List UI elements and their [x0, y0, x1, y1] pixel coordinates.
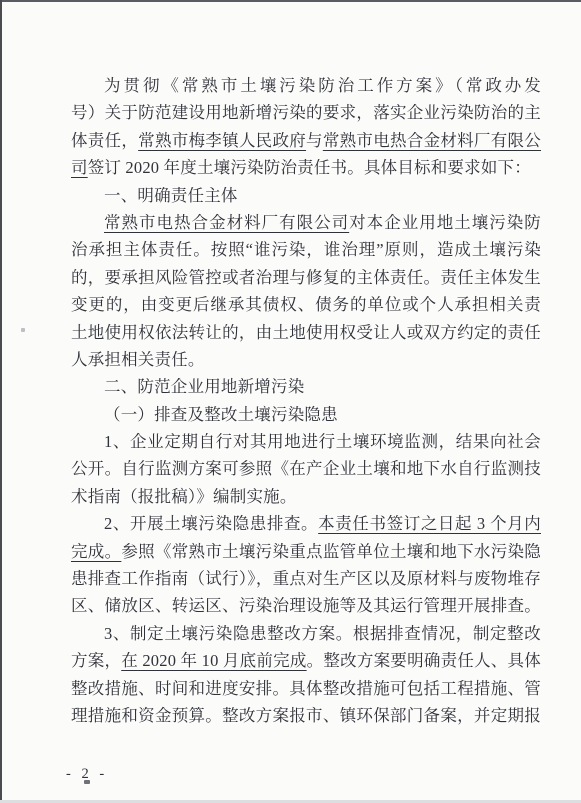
text-segment: 号）关于防范建设用地新增污染的要求，落实企业污染防治的主 — [71, 103, 541, 122]
text-segment: 治承担主体责任。按照“谁污染，谁治理”原则，造成土壤污染 — [71, 240, 541, 259]
text-segment: 签订 2020 年度土壤污染防治责任书。具体目标和要求如下： — [88, 158, 531, 177]
text-line: 公开。自行监测方案可参照《在产企业土壤和地下水自行监测技 — [71, 455, 541, 482]
underlined-text: 完成。 — [71, 542, 121, 561]
text-segment: 对本企业用地土壤污染防 — [349, 213, 541, 232]
text-line: 司签订 2020 年度土壤污染防治责任书。具体目标和要求如下： — [71, 154, 541, 181]
text-segment: 2、开展土壤污染隐患排查。 — [104, 514, 318, 533]
text-line: 体责任，常熟市梅李镇人民政府与常熟市电热合金材料厂有限公 — [71, 127, 541, 154]
scan-edge-left — [0, 0, 2, 803]
underlined-text: 常熟市电热合金材料厂有限公司 — [104, 213, 349, 232]
text-line: 治承担主体责任。按照“谁污染，谁治理”原则，造成土壤污染 — [71, 236, 541, 263]
text-segment: 人承担相关责任。 — [71, 350, 205, 369]
text-line: 完成。参照《常熟市土壤污染重点监管单位土壤和地下水污染隐 — [71, 538, 541, 565]
text-line: 常熟市电热合金材料厂有限公司对本企业用地土壤污染防 — [71, 209, 541, 236]
underlined-text: 司 — [71, 158, 88, 177]
scan-speck — [21, 328, 25, 332]
scanned-page: 为贯彻《常熟市土壤污染防治工作方案》（常政办发[2017]67号）关于防范建设用… — [0, 0, 581, 803]
text-segment: 变更的，由变更后继承其债权、债务的单位或个人承担相关责任； — [71, 295, 541, 318]
text-line: 理措施和资金预算。整改方案报市、镇环保部门备案，并定期报 — [71, 702, 541, 729]
underlined-text: 常熟市电热合金材料厂有限公 — [323, 131, 541, 150]
text-segment: 1、企业定期自行对其用地进行土壤环境监测，结果向社会 — [104, 432, 541, 451]
document-body: 为贯彻《常熟市土壤污染防治工作方案》（常政办发[2017]67号）关于防范建设用… — [71, 72, 541, 729]
text-line: 2、开展土壤污染隐患排查。本责任书签订之日起 3 个月内 — [71, 510, 541, 537]
text-line: 整改措施、时间和进度安排。具体整改措施可包括工程措施、管 — [71, 675, 541, 702]
text-segment: 公开。自行监测方案可参照《在产企业土壤和地下水自行监测技 — [71, 459, 541, 478]
text-segment: 方案， — [71, 651, 121, 670]
text-segment: 土地使用权依法转让的，由土地使用权受让人或双方约定的责任 — [71, 323, 541, 342]
text-line: 土地使用权依法转让的，由土地使用权受让人或双方约定的责任 — [71, 319, 541, 346]
text-line: 一、明确责任主体 — [71, 182, 541, 209]
text-segment: （一）排查及整改土壤污染隐患 — [104, 405, 338, 424]
text-line: 患排查工作指南（试行）》，重点对生产区以及原材料与废物堆存 — [71, 565, 541, 592]
text-line: 区、储放区、转运区、污染治理设施等及其运行管理开展排查。 — [71, 592, 541, 619]
text-segment: 二、防范企业用地新增污染 — [104, 377, 304, 396]
text-line: 变更的，由变更后继承其债权、债务的单位或个人承担相关责任； — [71, 291, 541, 318]
text-segment: 的，要承担风险管控或者治理与修复的主体责任。责任主体发生 — [71, 268, 541, 287]
text-segment: 与 — [306, 131, 323, 150]
text-segment: 理措施和资金预算。整改方案报市、镇环保部门备案，并定期报 — [71, 706, 541, 725]
text-line: 1、企业定期自行对其用地进行土壤环境监测，结果向社会 — [71, 428, 541, 455]
text-segment: 一、明确责任主体 — [104, 186, 238, 205]
page-number: - 2 - — [66, 764, 108, 784]
text-segment: 患排查工作指南（试行）》，重点对生产区以及原材料与废物堆存 — [71, 569, 541, 588]
text-line: 术指南（报批稿）》编制实施。 — [71, 483, 541, 510]
text-segment: 整改措施、时间和进度安排。具体整改措施可包括工程措施、管 — [71, 679, 541, 698]
text-line: （一）排查及整改土壤污染隐患 — [71, 401, 541, 428]
text-segment: 。整改方案要明确责任人、具体 — [307, 651, 541, 670]
text-segment: 体责任， — [71, 131, 138, 150]
scan-edge-top — [0, 0, 581, 2]
text-line: 的，要承担风险管控或者治理与修复的主体责任。责任主体发生 — [71, 264, 541, 291]
text-line: 人承担相关责任。 — [71, 346, 541, 373]
text-segment: 3、制定土壤污染隐患整改方案。根据排查情况，制定整改 — [104, 624, 541, 643]
underlined-text: 本责任书签订之日起 3 个月内 — [318, 514, 541, 533]
text-segment: 区、储放区、转运区、污染治理设施等及其运行管理开展排查。 — [71, 596, 541, 615]
text-line: 方案，在 2020 年 10 月底前完成。整改方案要明确责任人、具体 — [71, 647, 541, 674]
text-line: 号）关于防范建设用地新增污染的要求，落实企业污染防治的主 — [71, 99, 541, 126]
text-segment: 参照《常熟市土壤污染重点监管单位土壤和地下水污染隐 — [121, 542, 541, 561]
text-segment: 为贯彻《常熟市土壤污染防治工作方案》（常政办发[2017]67 — [71, 76, 541, 99]
text-line: 3、制定土壤污染隐患整改方案。根据排查情况，制定整改 — [71, 620, 541, 647]
text-segment: 术指南（报批稿）》编制实施。 — [71, 487, 297, 506]
text-line: 二、防范企业用地新增污染 — [71, 373, 541, 400]
underlined-text: 常熟市梅李镇人民政府 — [138, 131, 306, 150]
text-line: 为贯彻《常熟市土壤污染防治工作方案》（常政办发[2017]67 — [71, 72, 541, 99]
underlined-text: 在 2020 年 10 月底前完成 — [121, 651, 306, 670]
